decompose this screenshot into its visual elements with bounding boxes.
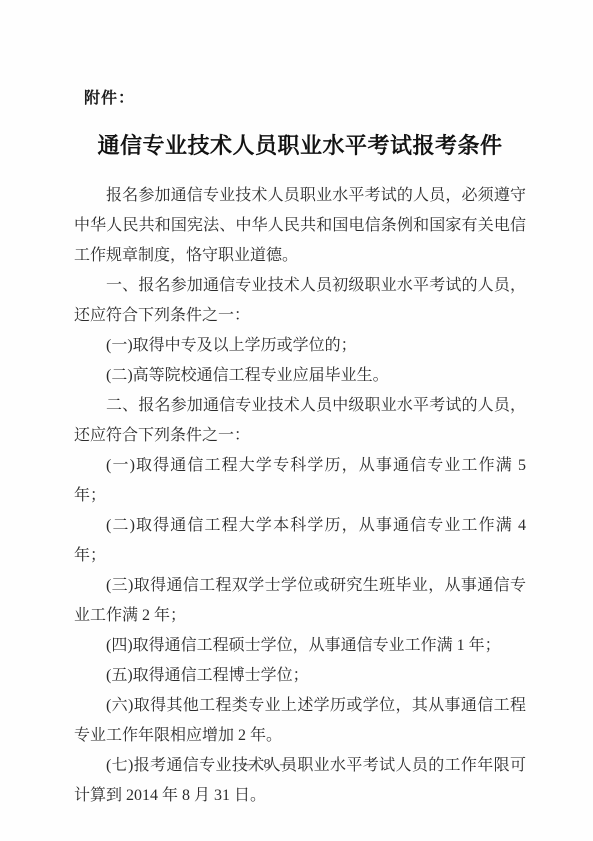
scanned-document-page: 附件： 通信专业技术人员职业水平考试报考条件 报名参加通信专业技术人员职业水平考… (0, 0, 593, 841)
document-title: 通信专业技术人员职业水平考试报考条件 (40, 129, 560, 160)
section-2-item-6: (六)取得其他工程类专业上述学历或学位，其从事通信工程专业工作年限相应增加 2 … (74, 691, 526, 751)
section-1-item-2: (二)高等院校通信工程专业应届毕业生。 (74, 361, 526, 391)
section-2-item-1: (一)取得通信工程大学专科学历，从事通信专业工作满 5 年； (74, 451, 526, 511)
section-1-item-1: (一)取得中专及以上学历或学位的； (74, 331, 526, 361)
section-2-item-5: (五)取得通信工程博士学位； (74, 661, 526, 691)
document-body: 报名参加通信专业技术人员职业水平考试的人员，必须遵守中华人民共和国宪法、中华人民… (74, 181, 526, 811)
section-1-heading: 一、报名参加通信专业技术人员初级职业水平考试的人员，还应符合下列条件之一： (74, 271, 526, 331)
intro-paragraph: 报名参加通信专业技术人员职业水平考试的人员，必须遵守中华人民共和国宪法、中华人民… (74, 181, 526, 271)
section-2-item-4: (四)取得通信工程硕士学位，从事通信专业工作满 1 年； (74, 631, 526, 661)
section-2-heading: 二、报名参加通信专业技术人员中级职业水平考试的人员，还应符合下列条件之一： (74, 391, 526, 451)
section-2-item-2: (二)取得通信工程大学本科学历，从事通信专业工作满 4 年； (74, 511, 526, 571)
section-2-item-3: (三)取得通信工程双学士学位或研究生班毕业，从事通信专业工作满 2 年； (74, 571, 526, 631)
attachment-label: 附件： (84, 85, 135, 108)
page-number: — 8 — (0, 757, 537, 773)
